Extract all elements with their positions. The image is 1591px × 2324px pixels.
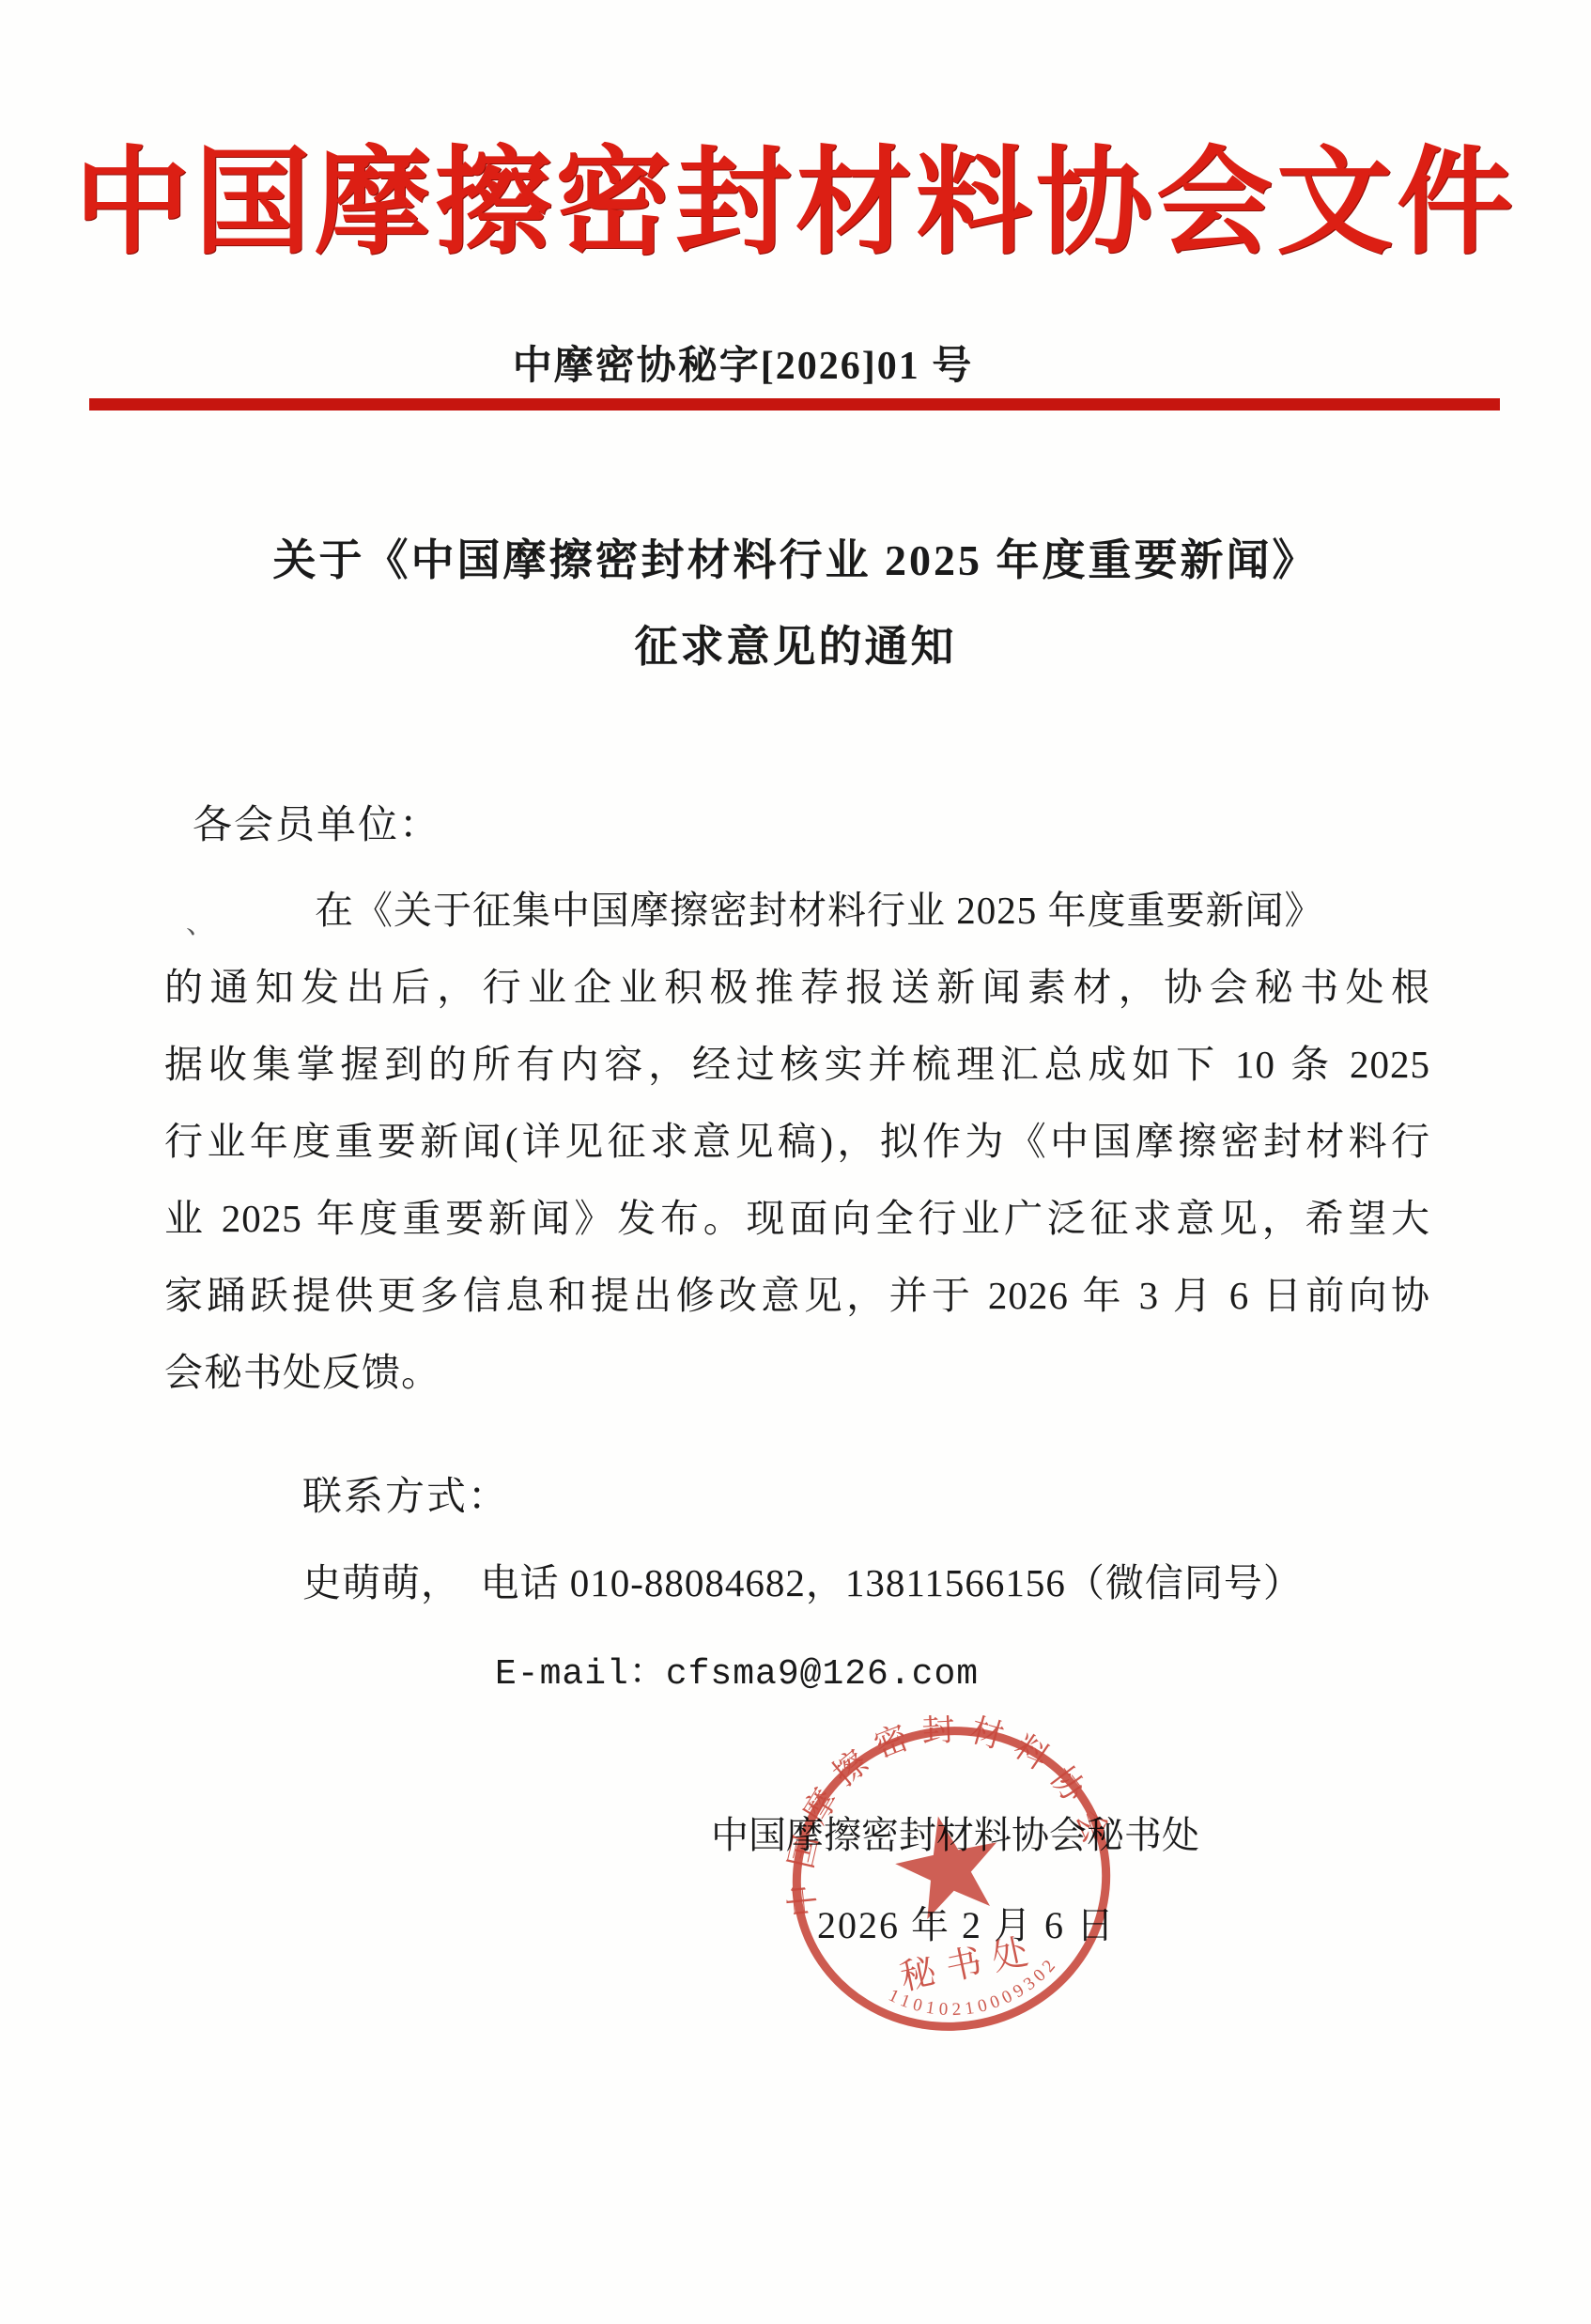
header-org-title: 中国摩擦密封材料协会文件 [0, 139, 1591, 270]
body-line: 业 2025 年度重要新闻》发布。现面向全行业广泛征求意见，希望大 [164, 1180, 1430, 1257]
body-line: 家踊跃提供更多信息和提出修改意见，并于 2026 年 3 月 6 日前向协 [164, 1257, 1430, 1334]
notice-title-line1: 关于《中国摩擦密封材料行业 2025 年度重要新闻》 [0, 526, 1591, 588]
doc-number: 中摩密协秘字[2026]01 号 [0, 334, 1486, 391]
body-line: 在《关于征集中国摩擦密封材料行业 2025 年度重要新闻》 [164, 872, 1430, 949]
body-paragraph: 在《关于征集中国摩擦密封材料行业 2025 年度重要新闻》 的通知发出后，行业企… [164, 872, 1430, 1411]
salutation: 各会员单位： [193, 794, 440, 850]
body-line: 的通知发出后，行业企业积极推荐报送新闻素材，协会秘书处根 [164, 949, 1430, 1026]
body-line: 会秘书处反馈。 [164, 1334, 1430, 1411]
body-line: 据收集掌握到的所有内容，经过核实并梳理汇总成如下 10 条 2025 [164, 1026, 1430, 1103]
body-line: 行业年度重要新闻(详见征求意见稿)，拟作为《中国摩擦密封材料行 [164, 1103, 1430, 1180]
email-line: E-mail：cfsma9@126.com [495, 1642, 979, 1695]
document-page: 中国摩擦密封材料协会文件 中摩密协秘字[2026]01 号 关于《中国摩擦密封材… [0, 0, 1591, 2324]
contact-label: 联系方式： [302, 1465, 509, 1522]
red-divider-rule [89, 398, 1500, 411]
notice-title-line2: 征求意见的通知 [0, 612, 1591, 674]
seal-star-icon [888, 1805, 1010, 1924]
contact-person-line: 史萌萌， 电话 010-88084682，13811566156（微信同号） [302, 1552, 1303, 1607]
official-red-seal: 中国摩擦密封材料协会 秘书处 11010210009302 [782, 1715, 1120, 2042]
